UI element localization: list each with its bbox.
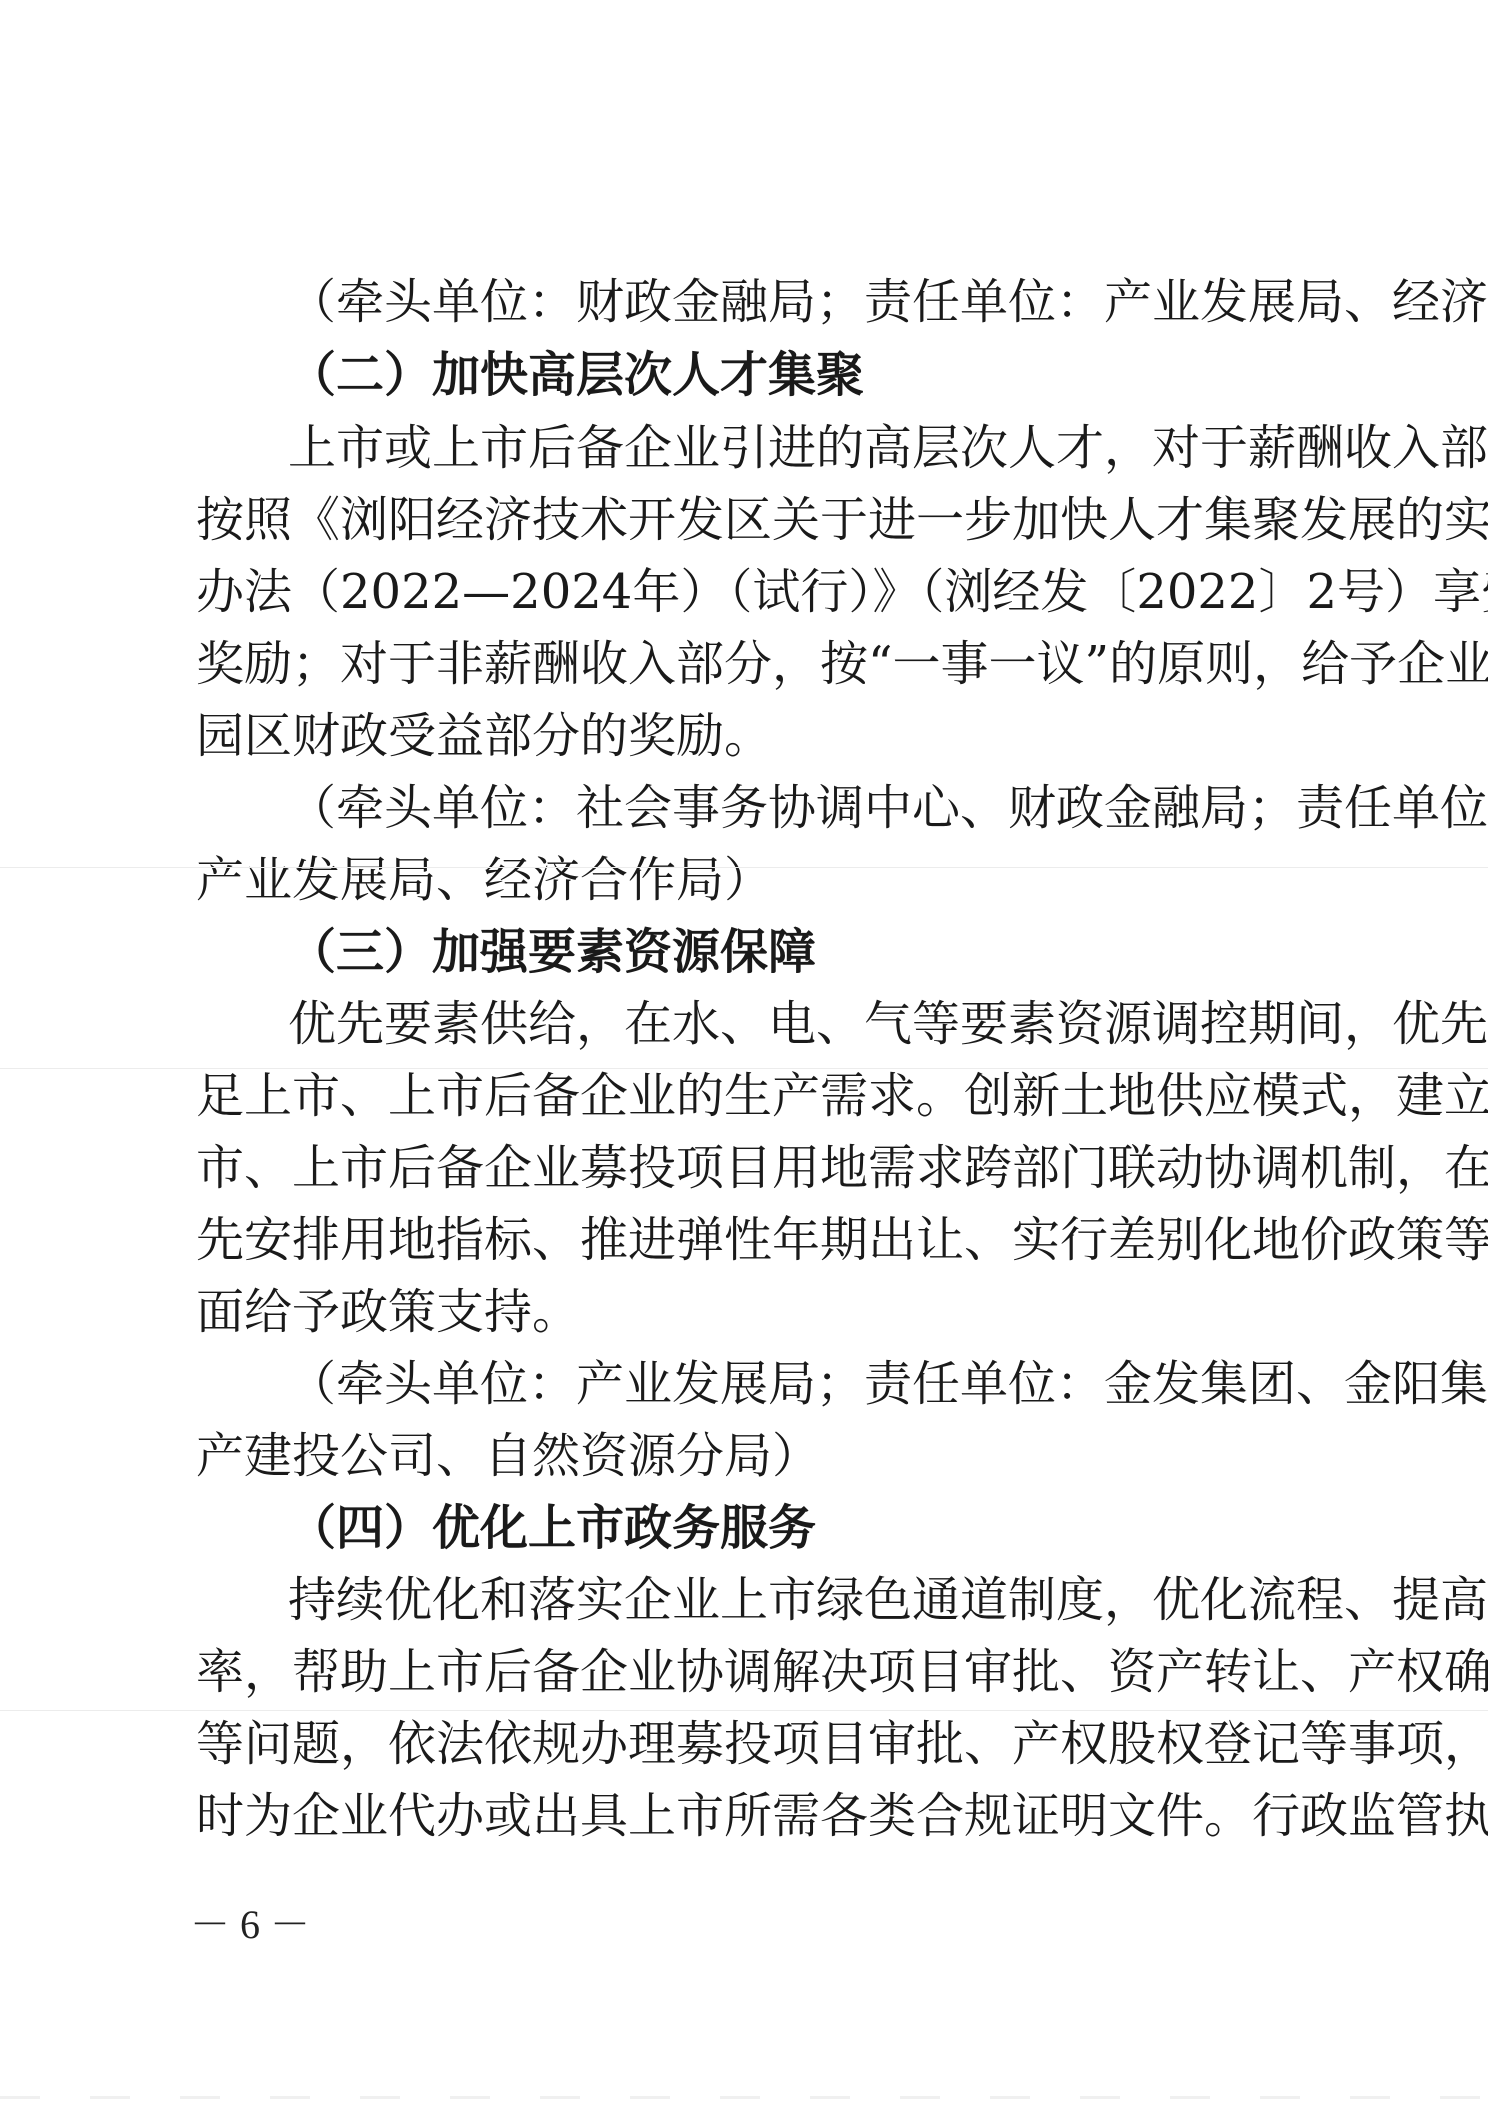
scan-artifact-line bbox=[0, 1068, 1488, 1069]
responsibility-line: 产建投公司、自然资源分局） bbox=[196, 1426, 1292, 1486]
paragraph-line: 足上市、上市后备企业的生产需求。创新土地供应模式，建立上 bbox=[196, 1066, 1292, 1126]
scan-artifact-line bbox=[0, 867, 1488, 868]
paragraph-line: 优先要素供给，在水、电、气等要素资源调控期间，优先满 bbox=[288, 994, 1292, 1054]
paragraph-line: 上市或上市后备企业引进的高层次人才，对于薪酬收入部分， bbox=[288, 418, 1292, 478]
section-heading-4: （四）优化上市政务服务 bbox=[288, 1498, 1292, 1558]
section-heading-2: （二）加快高层次人才集聚 bbox=[288, 345, 1292, 405]
section-heading-3: （三）加强要素资源保障 bbox=[288, 922, 1292, 982]
paragraph-line: 率，帮助上市后备企业协调解决项目审批、资产转让、产权确认 bbox=[196, 1642, 1292, 1702]
paragraph-line: 时为企业代办或出具上市所需各类合规证明文件。行政监管执法 bbox=[196, 1786, 1292, 1846]
responsibility-line: （牵头单位：社会事务协调中心、财政金融局；责任单位： bbox=[288, 778, 1292, 838]
responsibility-line: （牵头单位：财政金融局；责任单位：产业发展局、经济合作局） bbox=[288, 272, 1292, 332]
paragraph-line: 面给予政策支持。 bbox=[196, 1282, 1292, 1342]
paragraph-line: 按照《浏阳经济技术开发区关于进一步加快人才集聚发展的实施 bbox=[196, 490, 1292, 550]
scan-artifact-line bbox=[0, 1710, 1488, 1711]
document-page: （牵头单位：财政金融局；责任单位：产业发展局、经济合作局） （二）加快高层次人才… bbox=[0, 0, 1488, 2104]
page-number: － 6 － bbox=[190, 1900, 310, 1950]
paragraph-line: 办法（2022—2024年）（试行）》（浏经发〔2022〕2号）享受 bbox=[196, 562, 1292, 622]
responsibility-line: 产业发展局、经济合作局） bbox=[196, 850, 1292, 910]
scan-bottom-edge bbox=[0, 2096, 1488, 2099]
paragraph-line: 市、上市后备企业募投项目用地需求跨部门联动协调机制，在优 bbox=[196, 1138, 1292, 1198]
paragraph-line: 等问题，依法依规办理募投项目审批、产权股权登记等事项，及 bbox=[196, 1714, 1292, 1774]
paragraph-line: 园区财政受益部分的奖励。 bbox=[196, 706, 1292, 766]
responsibility-line: （牵头单位：产业发展局；责任单位：金发集团、金阳集团、 bbox=[288, 1354, 1292, 1414]
paragraph-line: 持续优化和落实企业上市绿色通道制度，优化流程、提高效 bbox=[288, 1570, 1292, 1630]
paragraph-line: 奖励；对于非薪酬收入部分，按“一事一议”的原则，给予企业 bbox=[196, 634, 1292, 694]
paragraph-line: 先安排用地指标、推进弹性年期出让、实行差别化地价政策等方 bbox=[196, 1210, 1292, 1270]
